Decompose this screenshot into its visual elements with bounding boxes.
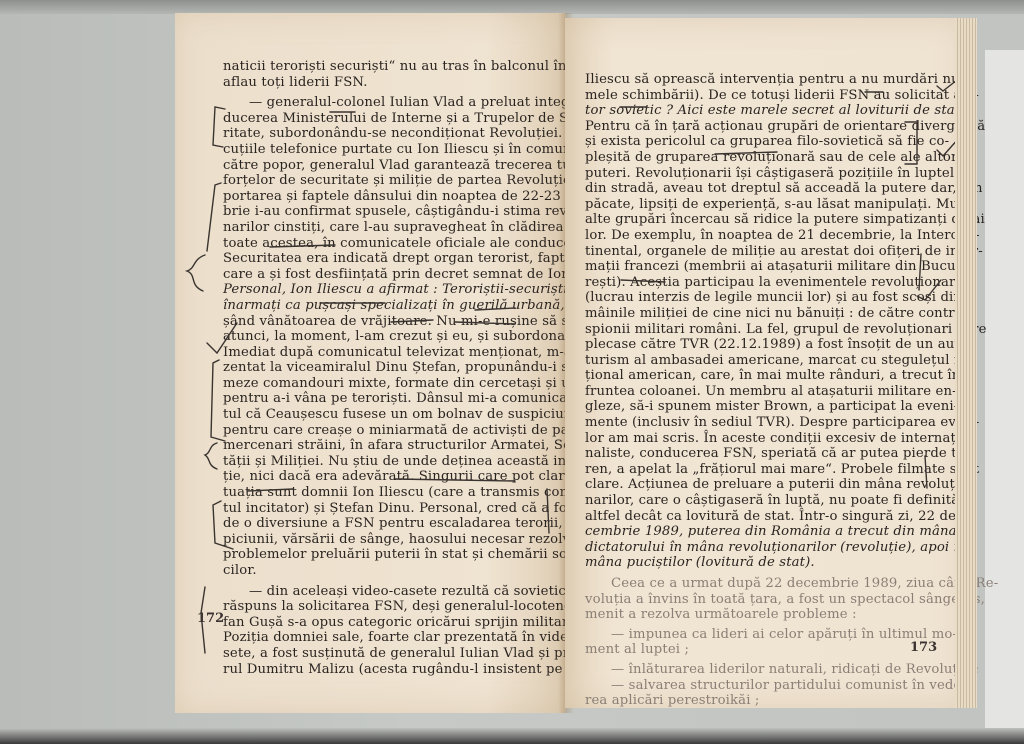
text-line: naticii teroriști securiști“ nu au tras … (223, 59, 568, 75)
text-line: către popor, generalul Vlad garantează t… (223, 158, 568, 174)
text-line: menit a rezolva următoarele probleme : (585, 607, 945, 623)
open-book: naticii teroriști securiști“ nu au tras … (175, 10, 995, 715)
text-line: naliste, conducerea FSN, speriată că ar … (585, 446, 945, 462)
text-line: pentru a-i vâna pe teroriști. Dânsul mi-… (223, 391, 568, 407)
text-line: narilor cinstiți, care l-au supravegheat… (223, 220, 568, 236)
text-line: Imediat după comunicatul televizat menți… (223, 345, 568, 361)
text-line: fan Gușă s-a opus categoric oricărui spr… (223, 615, 568, 631)
text-line: cilor. (223, 563, 568, 579)
text-line: rul Dumitru Malizu (acesta rugându-l ins… (223, 662, 568, 678)
text-line: Ceea ce a urmat după 22 decembrie 1989, … (585, 576, 945, 592)
curly-brace-mark (187, 255, 205, 291)
text-line: turism al ambasadei americane, marcat cu… (585, 353, 945, 369)
text-line: tul că Ceaușescu fusese un om bolnav de … (223, 407, 568, 423)
text-line: meze comandouri mixte, formate din cerce… (223, 376, 568, 392)
text-line: fruntea coloanei. Un membru al atașaturi… (585, 384, 945, 400)
text-line: mâinile miliției de cine nici nu bănuiți… (585, 306, 945, 322)
text-line: atunci, la moment, l-am crezut și eu, și… (223, 329, 568, 345)
text-line: plecase către TVR (22.12.1989) a fost în… (585, 337, 945, 353)
text-line: Securitatea era indicată drept organ ter… (223, 251, 568, 267)
text-line: mâna puciștilor (lovitură de stat). (585, 555, 945, 571)
text-line: ducerea Ministerului de Interne și a Tru… (223, 111, 568, 127)
left-page: naticii teroriști securiști“ nu au tras … (175, 13, 565, 713)
text-line: — generalul-colonel Iulian Vlad a prelua… (223, 95, 568, 111)
text-line: mercenari străini, în afara structurilor… (223, 438, 568, 454)
text-line: altfel decât ca lovitură de stat. Într-o… (585, 509, 945, 525)
text-line: lor. De exemplu, în noaptea de 21 decemb… (585, 228, 945, 244)
text-line: șând vânătoarea de vrăjitoare. Nu mi-e r… (223, 314, 568, 330)
text-line: — înlăturarea liderilor naturali, ridica… (585, 662, 945, 678)
text-line: ritate, subordonându-se necondiționat Re… (223, 126, 568, 142)
text-line: de o diversiune a FSN pentru escaladarea… (223, 516, 568, 532)
text-line: păcate, lipsiți de experiență, s-au lăsa… (585, 197, 945, 213)
text-line: tinental, organele de miliție au arestat… (585, 244, 945, 260)
text-line: pleșită de gruparea revoluționară sau de… (585, 150, 945, 166)
text-line: răspuns la solicitarea FSN, deși general… (223, 599, 568, 615)
text-line: aflau toți liderii FSN. (223, 75, 568, 91)
text-line: Pentru că în țară acționau grupări de or… (585, 119, 945, 135)
text-line: Iliescu să oprească intervenția pentru a… (585, 72, 945, 88)
text-line: narilor, care o câștigaseră în luptă, nu… (585, 493, 945, 509)
text-line: și exista pericolul ca gruparea filo-sov… (585, 134, 945, 150)
text-line: piciunii, vărsării de sânge, haosului ne… (223, 532, 568, 548)
text-line: voluția a învins în toată țara, a fost u… (585, 592, 945, 608)
text-line: (lucrau interzis de legile muncii lor) ș… (585, 290, 945, 306)
text-line: mații francezi (membrii ai atașaturii mi… (585, 259, 945, 275)
text-line: tor sovietic ? Aici este marele secret a… (585, 103, 945, 119)
text-line: sete, a fost susținută de generalul Iuli… (223, 646, 568, 662)
text-line: mente (inclusiv în sediul TVR). Despre p… (585, 415, 945, 431)
scanner-edge-bottom (0, 728, 1024, 744)
text-line: ment al luptei ; (585, 642, 945, 658)
page-edges (955, 18, 977, 708)
left-page-text: naticii teroriști securiști“ nu au tras … (223, 59, 568, 677)
text-line: gleze, să-i spunem mister Brown, a parti… (585, 399, 945, 415)
text-line: tuația sunt domnii Ion Iliescu (care a t… (223, 485, 568, 501)
text-line: lor am mai scris. În aceste condiții exc… (585, 431, 945, 447)
text-line: spionii militari români. La fel, grupul … (585, 322, 945, 338)
text-line: tul incitator) și Ștefan Dinu. Personal,… (223, 501, 568, 517)
text-line: rești). Aceștia participau la evenimente… (585, 275, 945, 291)
text-line: zentat la viceamiralul Dinu Ștefan, prop… (223, 360, 568, 376)
text-line: — salvarea structurilor partidului comun… (585, 678, 945, 694)
bracket-mark (207, 183, 221, 251)
text-line: rea aplicări perestroikăi ; (585, 693, 945, 709)
text-line: puteri. Revoluționarii își câștigaseră p… (585, 166, 945, 182)
page-number-right: 173 (910, 640, 937, 655)
right-page-text: Iliescu să oprească intervenția pentru a… (585, 72, 945, 709)
text-line: — din aceleași video-casete rezultă că s… (223, 584, 568, 600)
curly-brace-mark (205, 443, 217, 469)
text-line: Personal, Ion Iliescu a afirmat : Terori… (223, 282, 568, 298)
text-line: cuțiile telefonice purtate cu Ion Iliesc… (223, 142, 568, 158)
text-line: dictatorului în mâna revoluționarilor (r… (585, 540, 945, 556)
right-page: Iliescu să oprească intervenția pentru a… (565, 18, 965, 708)
text-line: mele schimbării). De ce totuși liderii F… (585, 88, 945, 104)
text-line: pentru care creașe o miniarmată de activ… (223, 423, 568, 439)
text-line: ren, a apelat la „frățiorul mai mare“. P… (585, 462, 945, 478)
text-line: portarea și faptele dânsului din noaptea… (223, 189, 568, 205)
text-line: clare. Acțiunea de preluare a puterii di… (585, 477, 945, 493)
text-line: care a și fost desființată prin decret s… (223, 267, 568, 283)
text-line: cembrie 1989, puterea din România a trec… (585, 524, 945, 540)
text-line: forțelor de securitate și miliție de par… (223, 173, 568, 189)
text-line: din stradă, aveau tot dreptul să acceadă… (585, 181, 945, 197)
text-line: Poziția domniei sale, foarte clar prezen… (223, 630, 568, 646)
text-line: brie i-au confirmat spusele, câștigându-… (223, 204, 568, 220)
page-number-left: 172 (197, 611, 224, 626)
text-line: toate acestea, în comunicatele oficiale … (223, 236, 568, 252)
text-line: înarmați ca pușcași specializați în guer… (223, 298, 568, 314)
text-line: — impunea ca lideri ai celor apăruți în … (585, 627, 945, 643)
text-line: țional american, care, în mai multe rând… (585, 368, 945, 384)
text-line: ție, nici dacă era adevărată. Singurii c… (223, 469, 568, 485)
text-line: problemelor preluării puterii în stat și… (223, 547, 568, 563)
text-line: alte grupări încercau să ridice la puter… (585, 212, 945, 228)
text-line: tății și Miliției. Nu știu de unde dețin… (223, 454, 568, 470)
